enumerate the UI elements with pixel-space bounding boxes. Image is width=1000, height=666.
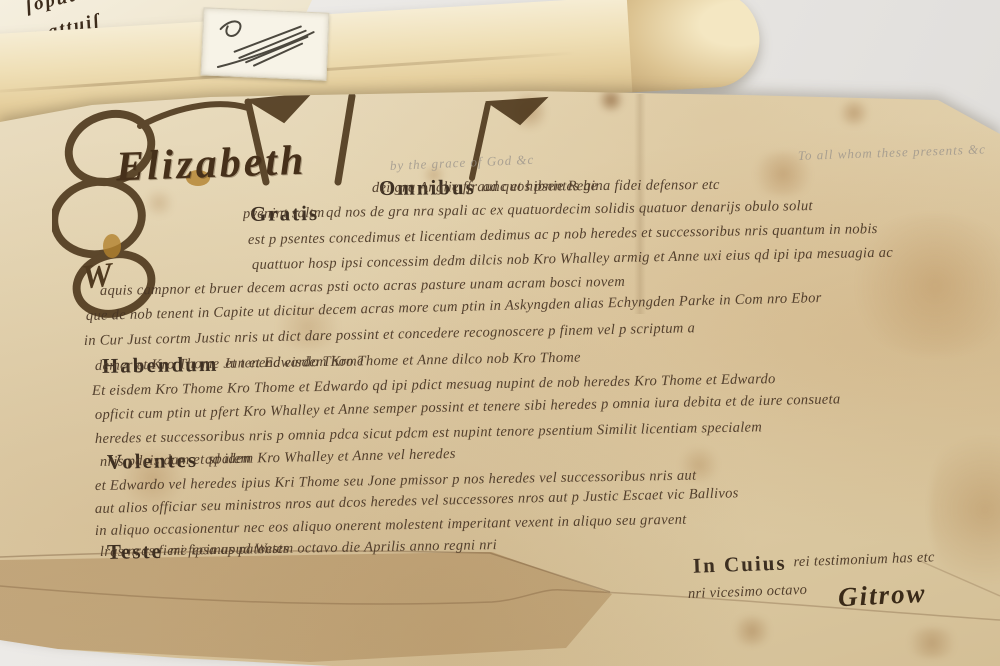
main-charter: Elizabeth W by the grace of God &c To al… [0, 0, 1000, 666]
photo-backdrop: ſoputtu ſſ yuug attuiſ [0, 0, 1000, 666]
line-text: qd idem Kro Whalley et Anne vel heredes [205, 444, 456, 470]
line-text: nri vicesimo octavo [688, 580, 808, 604]
clerk-signature: Gitrow [837, 578, 927, 614]
charter-shadow: Elizabeth W by the grace of God &c To al… [0, 0, 1000, 666]
line-text: pvenint saltm [243, 203, 325, 224]
royal-name: Elizabeth [115, 137, 307, 192]
line-text: me ipsa apud Westm octavo die Aprilis an… [170, 535, 498, 561]
line-text: ad quos psentes he [483, 176, 598, 197]
line-text: rei testimonium has etc [793, 547, 935, 572]
display-word: In Cuius [686, 552, 794, 576]
